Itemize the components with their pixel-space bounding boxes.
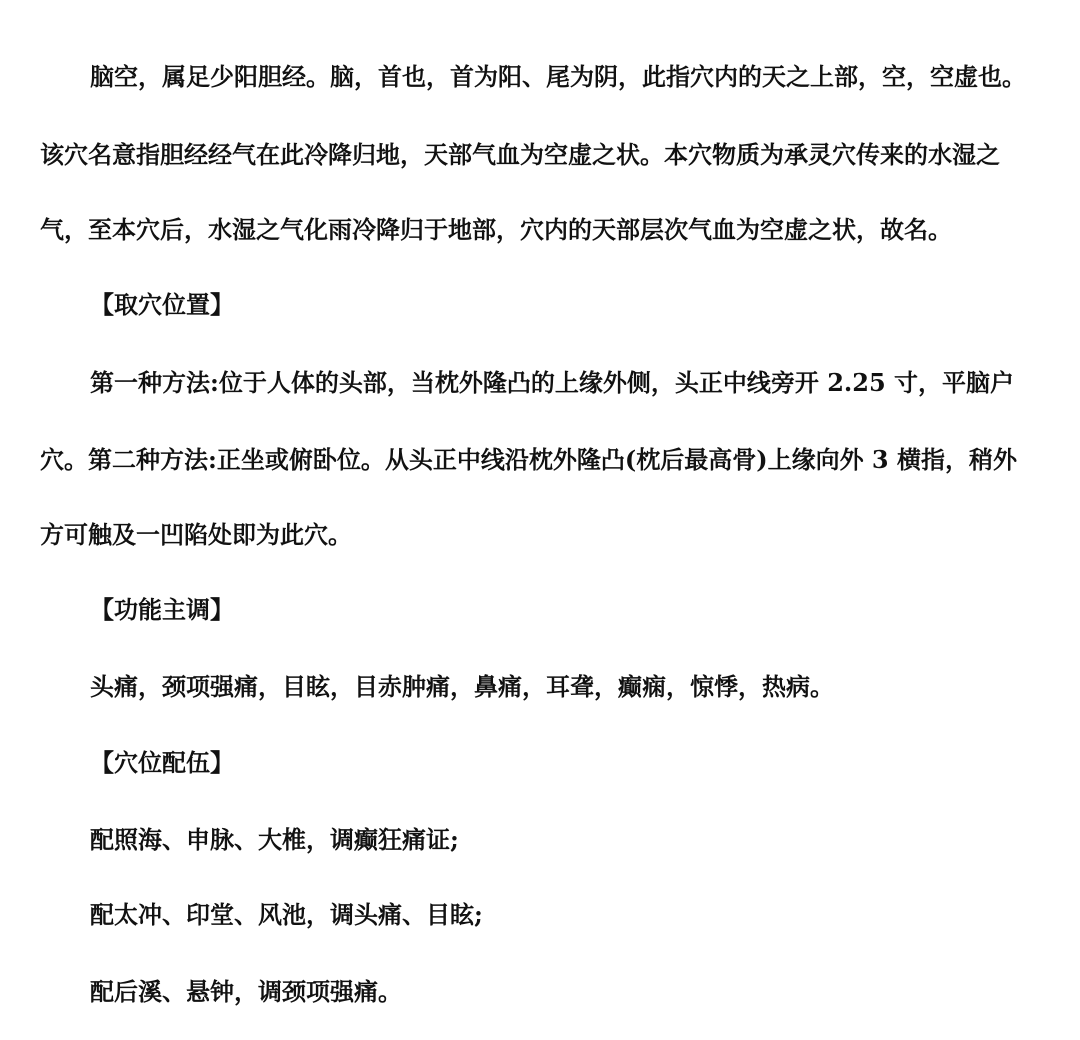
location-line-1: 第一种方法:位于人体的头部，当枕外隆凸的上缘外侧，头正中线旁开 2.25 寸，平… (90, 368, 1014, 398)
section-heading-location: 【取穴位置】 (90, 290, 234, 320)
location-line-2: 穴。第二种方法:正坐或俯卧位。从头正中线沿枕外隆凸(枕后最高骨)上缘向外 3 横… (40, 445, 1017, 475)
combination-item-1: 配照海、申脉、大椎，调癫狂痛证; (90, 825, 459, 855)
section-heading-function: 【功能主调】 (90, 595, 234, 625)
combination-item-3: 配后溪、悬钟，调颈项强痛。 (90, 977, 402, 1007)
intro-line-3: 气，至本穴后，水湿之气化雨冷降归于地部，穴内的天部层次气血为空虚之状，故名。 (40, 215, 952, 245)
intro-line-2: 该穴名意指胆经经气在此冷降归地，天部气血为空虚之状。本穴物质为承灵穴传来的水湿之 (40, 140, 1000, 170)
function-text: 头痛，颈项强痛，目眩，目赤肿痛，鼻痛，耳聋，癫痫，惊悸，热病。 (90, 672, 834, 702)
section-heading-combination: 【穴位配伍】 (90, 748, 234, 778)
intro-line-1: 脑空，属足少阳胆经。脑，首也，首为阳、尾为阴，此指穴内的天之上部，空，空虚也。 (90, 62, 1026, 92)
combination-item-2: 配太冲、印堂、风池，调头痛、目眩; (90, 900, 483, 930)
location-line-3: 方可触及一凹陷处即为此穴。 (40, 520, 352, 550)
